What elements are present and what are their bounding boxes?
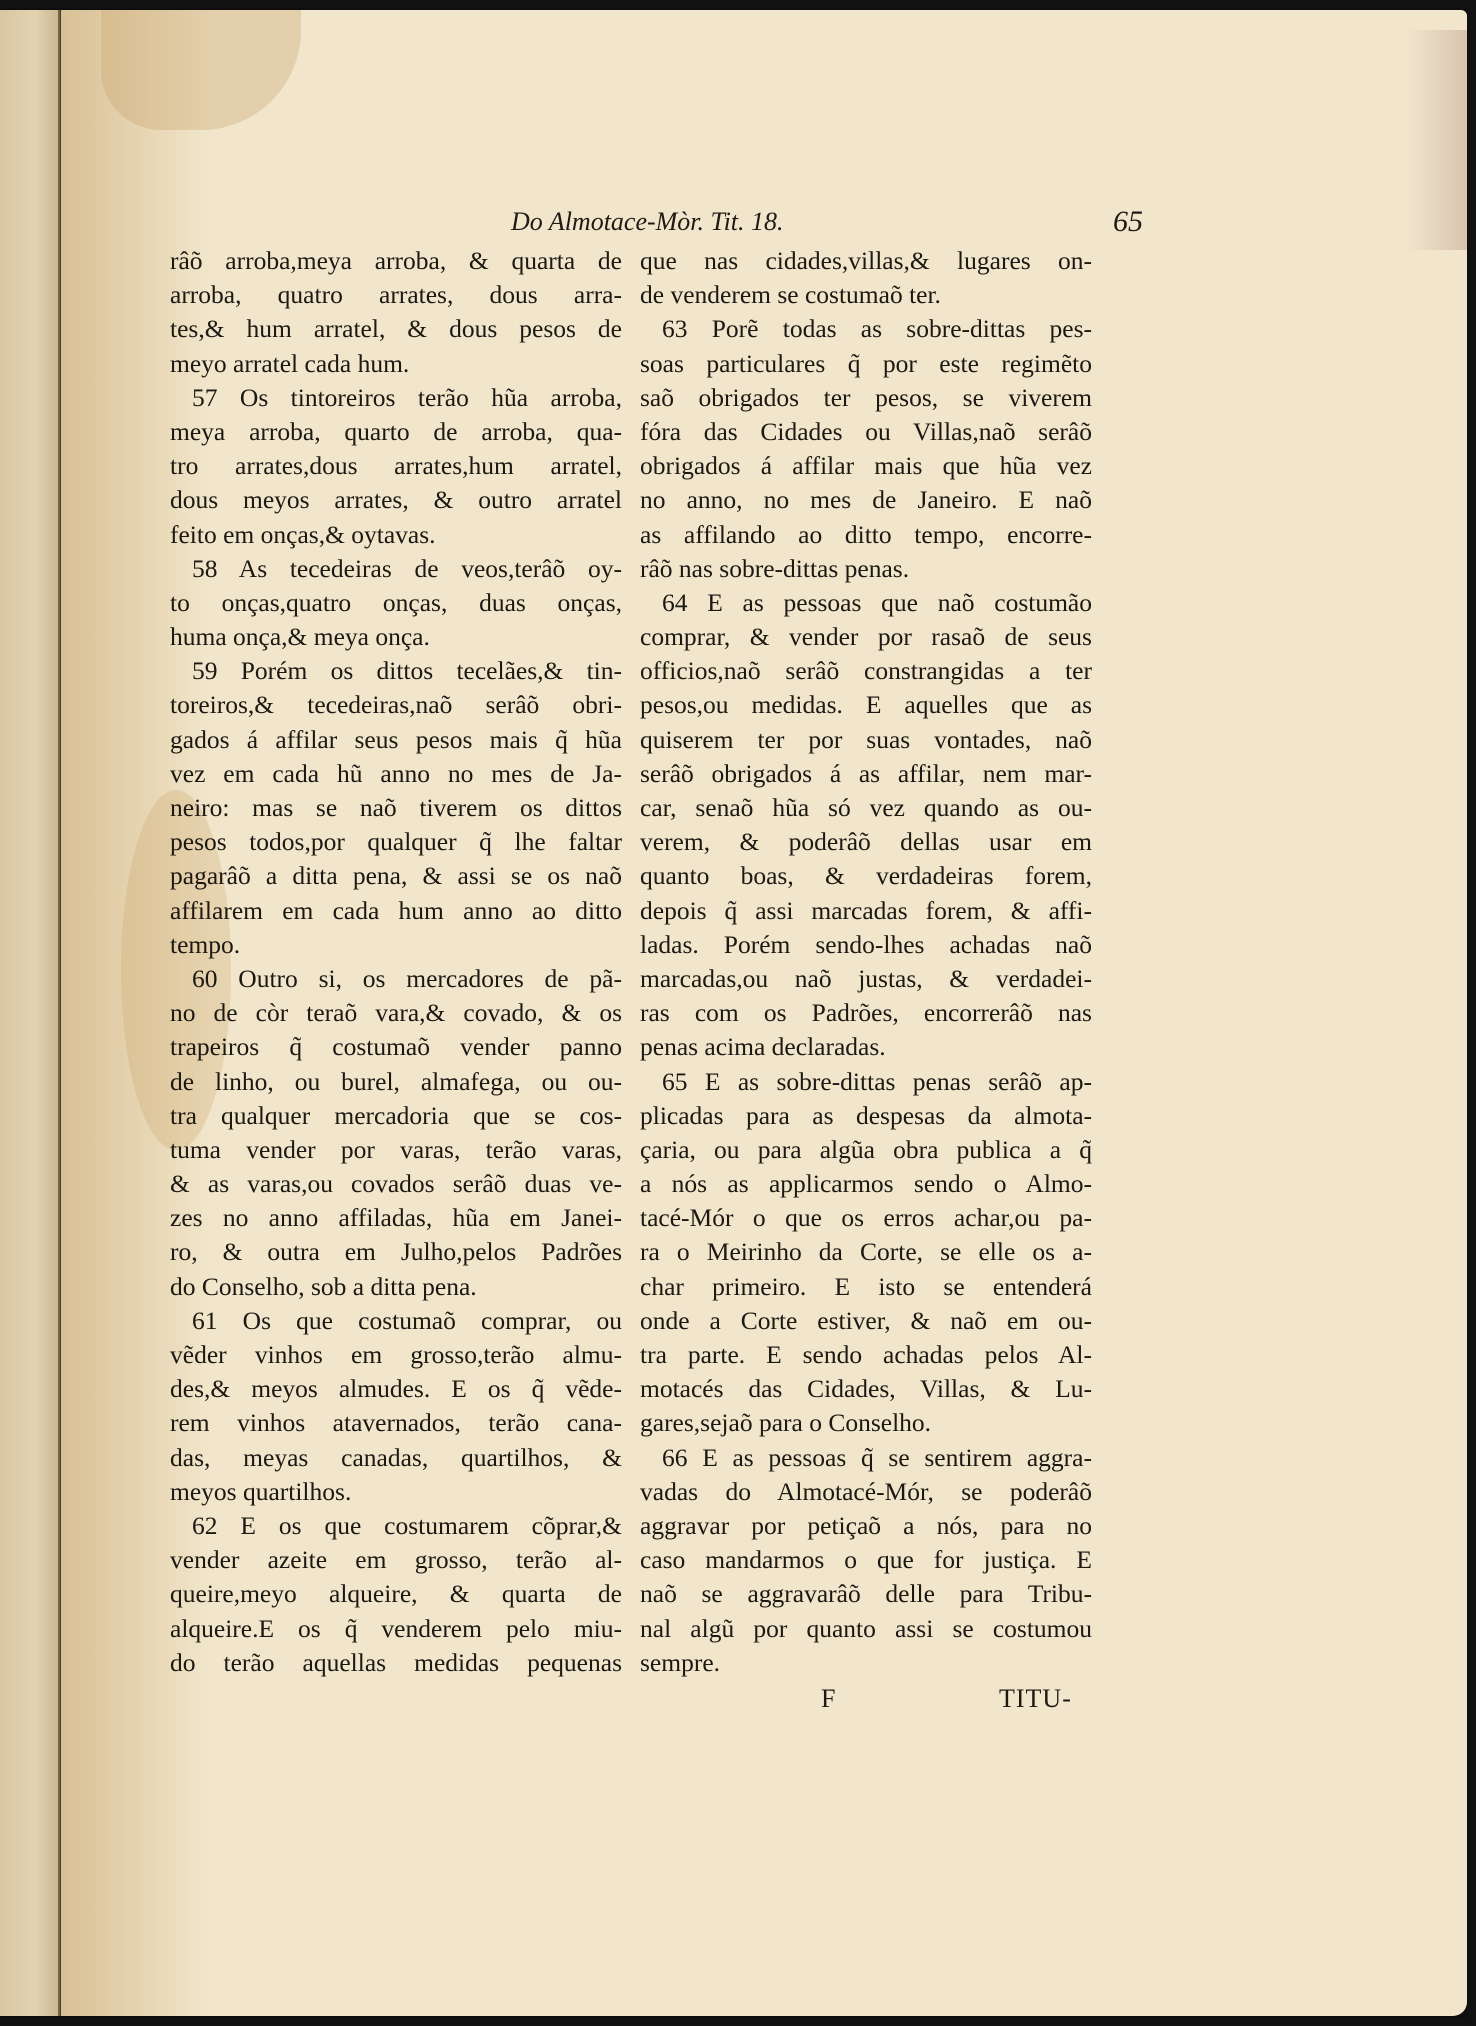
running-head: Do Almotace-Mòr. Tit. 18. 65 [61, 207, 1467, 241]
text-line: queire,meyo alqueire, & quarta de [170, 1577, 622, 1611]
text-line: alqueire.E os q̃ venderem pelo miu- [170, 1612, 622, 1646]
paragraph-start-line: 66 E as pessoas q̃ se sentirem aggra- [640, 1441, 1092, 1475]
right-text-column: que nas cidades,villas,& lugares on-de v… [640, 244, 1092, 1680]
text-line: vender azeite em grosso, terão al- [170, 1543, 622, 1577]
text-line: quanto boas, & verdadeiras forem, [640, 859, 1092, 893]
text-line: huma onça,& meya onça. [170, 620, 622, 654]
text-line: que nas cidades,villas,& lugares on- [640, 244, 1092, 278]
text-line: râõ arroba,meya arroba, & quarta de [170, 244, 622, 278]
signature-mark: F [821, 1684, 835, 1714]
text-line: onde a Corte estiver, & naõ em ou- [640, 1304, 1092, 1338]
text-line: vadas do Almotacé-Mór, se poderâõ [640, 1475, 1092, 1509]
text-line: quiserem ter por suas vontades, naõ [640, 723, 1092, 757]
text-line: officios,naõ serâõ constrangidas a ter [640, 654, 1092, 688]
text-line: râõ nas sobre-dittas penas. [640, 552, 1092, 586]
text-line: tuma vender por varas, terão varas, [170, 1133, 622, 1167]
text-line: obrigados á affilar mais que hũa vez [640, 449, 1092, 483]
paragraph-start-line: 57 Os tintoreiros terão hũa arroba, [170, 381, 622, 415]
text-line: do terão aquellas medidas pequenas [170, 1646, 622, 1680]
text-line: no anno, no mes de Janeiro. E naõ [640, 483, 1092, 517]
text-line: affilarem em cada hum anno ao ditto [170, 894, 622, 928]
text-line: a nós as applicarmos sendo o Almo- [640, 1167, 1092, 1201]
water-stain-top [101, 10, 301, 130]
book-page: Do Almotace-Mòr. Tit. 18. 65 râõ arroba,… [61, 10, 1467, 2016]
paragraph-start-line: 61 Os que costumaõ comprar, ou [170, 1304, 622, 1338]
text-line: caso mandarmos o que for justiça. E [640, 1543, 1092, 1577]
text-line: arroba, quatro arrates, dous arra- [170, 278, 622, 312]
text-line: nal algũ por quanto assi se costumou [640, 1612, 1092, 1646]
text-line: depois q̃ assi marcadas forem, & affi- [640, 894, 1092, 928]
paragraph-start-line: 64 E as pessoas que naõ costumão [640, 586, 1092, 620]
text-line: dous meyos arrates, & outro arratel [170, 483, 622, 517]
text-line: zes no anno affiladas, hũa em Janei- [170, 1201, 622, 1235]
text-line: pesos,ou medidas. E aquelles que as [640, 688, 1092, 722]
text-line: des,& meyos almudes. E os q̃ vẽde- [170, 1372, 622, 1406]
text-line: meyo arratel cada hum. [170, 347, 622, 381]
text-line: meyos quartilhos. [170, 1475, 622, 1509]
text-line: char primeiro. E isto se entenderá [640, 1270, 1092, 1304]
text-line: no de còr teraõ vara,& covado, & os [170, 996, 622, 1030]
text-line: de linho, ou burel, almafega, ou ou- [170, 1065, 622, 1099]
text-line: serâõ obrigados á as affilar, nem mar- [640, 757, 1092, 791]
paragraph-start-line: 65 E as sobre-dittas penas serâõ ap- [640, 1065, 1092, 1099]
text-line: comprar, & vender por rasaõ de seus [640, 620, 1092, 654]
text-line: tra parte. E sendo achadas pelos Al- [640, 1338, 1092, 1372]
text-line: trapeiros q̃ costumaõ vender panno [170, 1030, 622, 1064]
paragraph-start-line: 58 As tecedeiras de veos,terâõ oy- [170, 552, 622, 586]
text-line: saõ obrigados ter pesos, se viverem [640, 381, 1092, 415]
text-line: pagarâõ a ditta pena, & assi se os naõ [170, 859, 622, 893]
paragraph-start-line: 59 Porém os dittos tecelães,& tin- [170, 654, 622, 688]
text-line: çaria, ou para algũa obra publica a q̃ [640, 1133, 1092, 1167]
text-line: das, meyas canadas, quartilhos, & [170, 1441, 622, 1475]
text-line: feito em onças,& oytavas. [170, 518, 622, 552]
previous-page-edge [0, 10, 60, 2016]
text-line: ras com os Padrões, encorrerâõ nas [640, 996, 1092, 1030]
text-line: neiro: mas se naõ tiverem os dittos [170, 791, 622, 825]
text-line: soas particulares q̃ por este regimẽto [640, 347, 1092, 381]
text-line: motacés das Cidades, Villas, & Lu- [640, 1372, 1092, 1406]
text-line: gados á affilar seus pesos mais q̃ hũa [170, 723, 622, 757]
text-line: de venderem se costumaõ ter. [640, 278, 1092, 312]
text-line: tro arrates,dous arrates,hum arratel, [170, 449, 622, 483]
text-line: tes,& hum arratel, & dous pesos de [170, 312, 622, 346]
paragraph-start-line: 62 E os que costumarem cõprar,& [170, 1509, 622, 1543]
catchword: TITU- [999, 1684, 1072, 1714]
text-line: to onças,quatro onças, duas onças, [170, 586, 622, 620]
text-line: do Conselho, sob a ditta pena. [170, 1270, 622, 1304]
text-line: gares,sejaõ para o Conselho. [640, 1406, 1092, 1440]
text-line: meya arroba, quarto de arroba, qua- [170, 415, 622, 449]
running-head-title: Do Almotace-Mòr. Tit. 18. [511, 207, 784, 237]
text-line: tempo. [170, 928, 622, 962]
text-line: marcadas,ou naõ justas, & verdadei- [640, 962, 1092, 996]
text-line: ra o Meirinho da Corte, se elle os a- [640, 1235, 1092, 1269]
text-line: car, senaõ hũa só vez quando as ou- [640, 791, 1092, 825]
text-line: plicadas para as despesas da almota- [640, 1099, 1092, 1133]
text-line: fóra das Cidades ou Villas,naõ serâõ [640, 415, 1092, 449]
text-line: pesos todos,por qualquer q̃ lhe faltar [170, 825, 622, 859]
text-line: ladas. Porém sendo-lhes achadas naõ [640, 928, 1092, 962]
text-line: naõ se aggravarâõ delle para Tribu- [640, 1577, 1092, 1611]
text-line: & as varas,ou covados serâõ duas ve- [170, 1167, 622, 1201]
text-line: tra qualquer mercadoria que se cos- [170, 1099, 622, 1133]
paragraph-start-line: 60 Outro si, os mercadores de pã- [170, 962, 622, 996]
text-line: ro, & outra em Julho,pelos Padrões [170, 1235, 622, 1269]
text-line: toreiros,& tecedeiras,naõ serâõ obri- [170, 688, 622, 722]
paragraph-start-line: 63 Porẽ todas as sobre-dittas pes- [640, 312, 1092, 346]
text-line: aggravar por petiçaõ a nós, para no [640, 1509, 1092, 1543]
text-line: sempre. [640, 1646, 1092, 1680]
text-line: vez em cada hũ anno no mes de Ja- [170, 757, 622, 791]
page-number: 65 [1113, 205, 1143, 239]
text-line: vẽder vinhos em grosso,terão almu- [170, 1338, 622, 1372]
text-line: as affilando ao ditto tempo, encorre- [640, 518, 1092, 552]
text-line: penas acima declaradas. [640, 1030, 1092, 1064]
left-text-column: râõ arroba,meya arroba, & quarta dearrob… [170, 244, 622, 1680]
text-line: verem, & poderâõ dellas usar em [640, 825, 1092, 859]
text-line: rem vinhos atavernados, terão cana- [170, 1406, 622, 1440]
text-line: tacé-Mór o que os erros achar,ou pa- [640, 1201, 1092, 1235]
